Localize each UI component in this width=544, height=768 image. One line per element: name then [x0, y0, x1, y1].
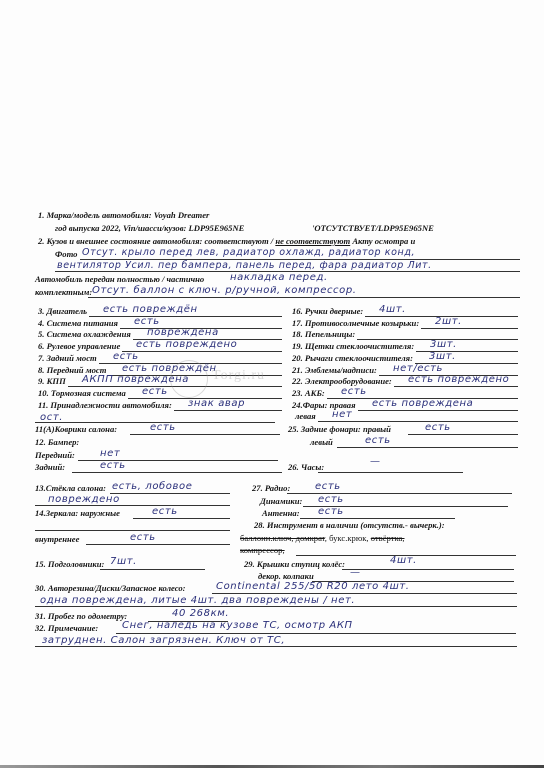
item11a-label: 11(А)Коврики салона: [35, 424, 117, 434]
divider [342, 569, 514, 570]
divider [110, 493, 230, 494]
right-item-label: 21. Эмблемы/надписи: [292, 365, 377, 375]
item13-value2: повреждено [48, 494, 120, 505]
watermark: Torgi.ru [212, 368, 265, 384]
item15-label: 15. Подголовники: [35, 559, 104, 569]
right-item-value: есть повреждено [408, 374, 509, 385]
item1-vin: год выпуска 2022, Vin/шасси/кузов: LDP95… [55, 223, 244, 233]
left-item-value: повреждена [147, 327, 219, 338]
right-item-label: 20. Рычаги стеклоочистителя: [292, 353, 413, 363]
speakers-label: Динамики: [260, 496, 302, 506]
left-item-value: есть [113, 351, 139, 362]
antenna-label: Антенна: [262, 508, 300, 518]
item12-label: 12. Бампер: [35, 437, 79, 447]
item15-value: 7шт. [110, 556, 137, 567]
decor-label: декор. колпаки [258, 571, 314, 581]
foto-label: Фото [55, 249, 77, 259]
divider [300, 518, 455, 519]
left-item-label: 7. Задний мост [38, 353, 97, 363]
inspection-act-page: 1. Марка/модель автомобиля: Voyah Dreame… [0, 0, 544, 768]
item28-tools: баллонн.ключ, домкрат, букс.крюк, отвёрт… [240, 533, 404, 543]
item14-inner-label: внутреннее [35, 534, 79, 544]
right-item-value: есть повреждена [372, 398, 473, 409]
item29-value: 4шт. [390, 555, 417, 566]
item31-value: 40 268км. [172, 608, 229, 619]
left-item-value: знак авар [188, 398, 245, 409]
item28-label: 28. Инструмент в наличии (отсутств.- выч… [254, 520, 445, 530]
divider [408, 434, 518, 435]
right-item-label: 19. Щетки стеклоочистителя: [292, 341, 414, 351]
item12-front-label: Передний: [35, 450, 75, 460]
complete-label: комплектным: [35, 287, 92, 297]
item32-value2: затруднен. Салон загрязнен. Ключ от ТС, [42, 635, 285, 646]
divider [88, 297, 520, 298]
divider [337, 447, 518, 448]
item2-label-c: Акту осмотра и [350, 236, 415, 246]
divider [174, 410, 282, 411]
divider [358, 410, 518, 411]
right-item-label: 16. Ручки дверные: [292, 306, 363, 316]
divider [86, 544, 230, 545]
right-item-value: есть [341, 386, 367, 397]
item26-value: — [370, 456, 381, 467]
divider [72, 472, 282, 473]
left-item-label: 6. Рулевое управление [38, 341, 120, 351]
body-defects-line2: вентилятор Усил. пер бампера, панель пер… [57, 260, 432, 271]
item25-label: 25. Задние фонари: правый [288, 424, 391, 434]
item29-label: 29. Крышки ступиц колёс: [244, 559, 345, 569]
right-item-value: 4шт. [379, 304, 406, 315]
item25-left-label: левый [310, 437, 333, 447]
item12-rear-value: есть [100, 460, 126, 471]
left-item-value: есть [142, 386, 168, 397]
decor-value: — [350, 567, 361, 578]
item14-inner-value: есть [130, 532, 156, 543]
watermark-stamp-icon [170, 360, 208, 398]
divider [35, 606, 517, 607]
right-item-value: 3шт. [430, 339, 457, 350]
complete-value: Отсут. баллон с ключ. р/ручной, компресс… [92, 285, 357, 296]
divider [318, 472, 463, 473]
right-item-label: 17. Противосолнечные козырьки: [292, 318, 419, 328]
divider [116, 633, 516, 634]
item31-label: 31. Пробег по одометру: [35, 611, 127, 621]
item32-value: Снег, наледь на кузове ТС, осмотр АКП [122, 620, 353, 631]
left-item-label: 10. Тормозная система [38, 388, 126, 398]
item11a-value: есть [150, 422, 176, 433]
left-item-label: 4. Система питания [38, 318, 118, 328]
left-item-label: 5. Система охлаждения [38, 329, 131, 339]
divider [35, 646, 517, 647]
item14-label: 14.Зеркала: наружные [35, 508, 120, 518]
divider [421, 328, 518, 329]
right-item-value: 2шт. [435, 316, 462, 327]
right-item-label: 24.Фары: правая [292, 400, 356, 410]
left-item-value: есть повреждён [103, 304, 198, 315]
divider [122, 351, 282, 352]
right-item-value: 3шт. [429, 351, 456, 362]
left-item-value: есть [134, 316, 160, 327]
item2-label-a: 2. Кузов и внешнее состояние автомобиля:… [38, 236, 275, 246]
divider [35, 505, 230, 506]
divider [212, 593, 517, 594]
divider [100, 569, 205, 570]
tool-struck-2: отвёртка, [371, 533, 405, 543]
left-item-label: 3. Двигатель [38, 306, 87, 316]
item1-label: 1. Марка/модель автомобиля: Voyah Dreame… [38, 210, 209, 220]
divider [394, 386, 518, 387]
body-defects-line1: Отсут. крыло перед лев, радиатор охлажд,… [82, 247, 415, 258]
divider [35, 530, 230, 531]
item27-label: 27. Радио: [252, 483, 290, 493]
item25-right-value: есть [425, 422, 451, 433]
item1-vin-alt: 'ОТСУТСТВУЕТ/LDP95E965NE [312, 223, 434, 233]
right-item-value: нет [332, 409, 352, 420]
right-item-label: 22. Электрооборудование: [292, 376, 392, 386]
right-item-value: нет/есть [393, 363, 443, 374]
item25-left-value: есть [365, 435, 391, 446]
item30-value2: одна повреждена, литые 4шт. два поврежде… [40, 595, 355, 606]
item13-label: 13.Стёкла салона: [35, 483, 106, 493]
transferred-label: Автомобиль передан полностью / частично [35, 274, 204, 284]
item13-value: есть, лобовое [112, 481, 193, 492]
item27-value: есть [315, 481, 341, 492]
item26-label: 26. Часы: [288, 462, 324, 472]
item2-label: 2. Кузов и внешнее состояние автомобиля:… [38, 236, 415, 246]
body-defects-line3: накладка перед. [230, 272, 328, 283]
antenna-value: есть [318, 506, 344, 517]
divider [130, 434, 280, 435]
left-item-label: 11. Принадлежности автомобиля: [38, 400, 172, 410]
tool-struck-3: компрессор, [240, 545, 285, 555]
item30-value: Continental 255/50 R20 лето 4шт. [216, 581, 410, 592]
tool-struck-1: баллонн.ключ, домкрат [240, 533, 325, 543]
tool-kept: , букс.крюк, [325, 533, 371, 543]
item30-label: 30. Авторезина/Диски/Запасное колесо: [35, 583, 185, 593]
item12-front-value: нет [100, 448, 120, 459]
left-item-label: 9. КПП [38, 376, 66, 386]
divider [133, 518, 230, 519]
right-item-label: левая [295, 411, 316, 421]
left-item-value: есть повреждено [136, 339, 237, 350]
right-item-label: 18. Пепельницы: [292, 329, 355, 339]
item32-label: 32. Примечание: [35, 623, 98, 633]
speakers-value: есть [318, 494, 344, 505]
item12-rear-label: Задний: [35, 462, 65, 472]
item2-label-b: не соответствуют [275, 236, 350, 246]
divider [318, 421, 518, 422]
right-item-label: 23. АКБ: [292, 388, 325, 398]
left-item-label: 8. Передний мост [38, 365, 106, 375]
item14-value: есть [152, 506, 178, 517]
